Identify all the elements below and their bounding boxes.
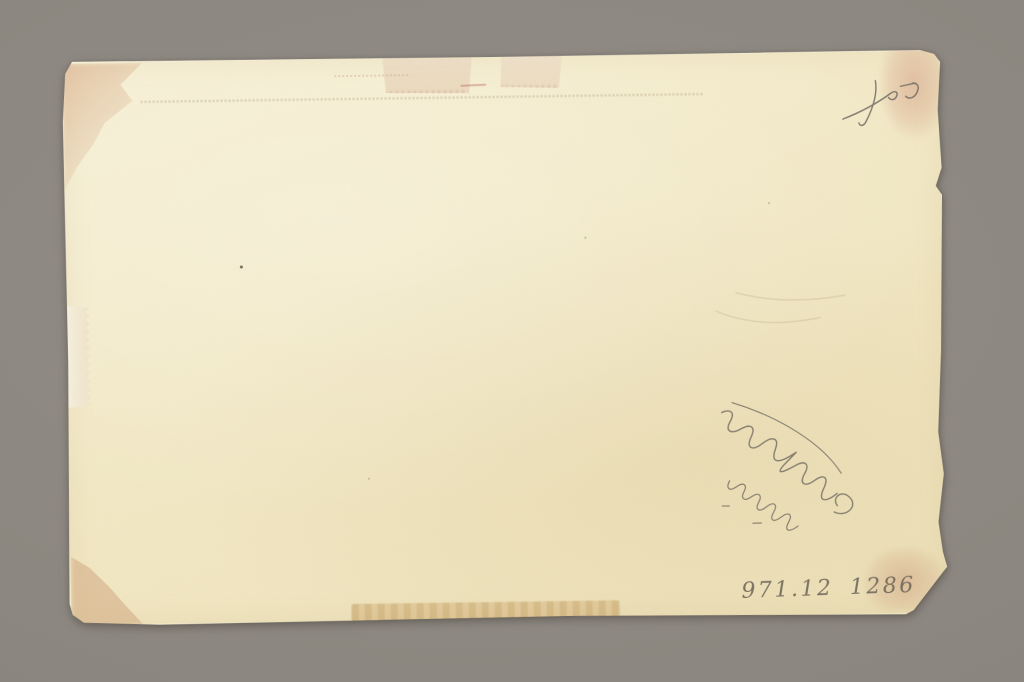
- photo-card-verso: 971.12 1286: [62, 50, 948, 626]
- card-paper: 971.12 1286: [62, 50, 948, 626]
- paper-grain-texture: [62, 50, 948, 626]
- gray-backdrop: 971.12 1286: [0, 0, 1024, 682]
